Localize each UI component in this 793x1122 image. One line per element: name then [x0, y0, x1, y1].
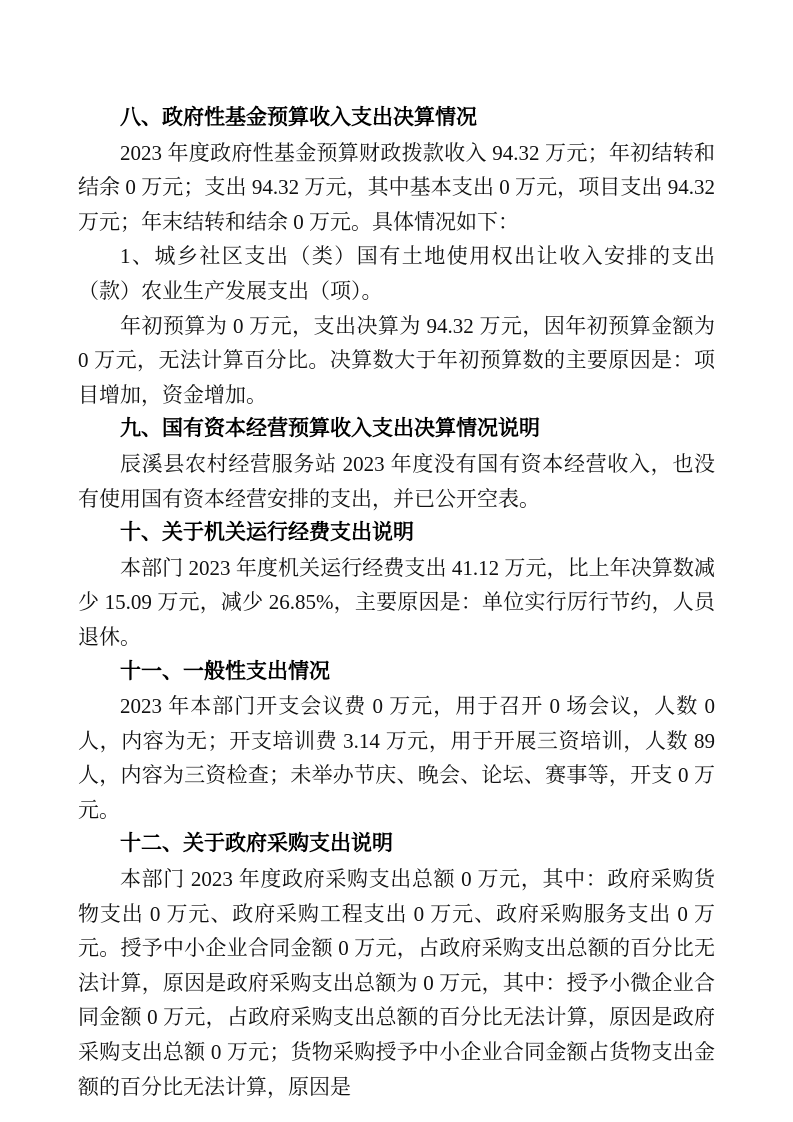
document-section: 八、政府性基金预算收入支出决算情况 2023 年度政府性基金预算财政拨款收入 9…	[78, 101, 715, 412]
section-heading: 十、关于机关运行经费支出说明	[78, 516, 715, 551]
paragraph: 辰溪县农村经营服务站 2023 年度没有国有资本经营收入，也没有使用国有资本经营…	[78, 447, 715, 516]
paragraph: 本部门 2023 年度机关运行经费支出 41.12 万元，比上年决算数减少 15…	[78, 551, 715, 655]
section-heading: 十一、一般性支出情况	[78, 655, 715, 690]
section-heading: 十二、关于政府采购支出说明	[78, 827, 715, 862]
paragraph: 本部门 2023 年度政府采购支出总额 0 万元，其中：政府采购货物支出 0 万…	[78, 862, 715, 1104]
paragraph: 2023 年度政府性基金预算财政拨款收入 94.32 万元；年初结转和结余 0 …	[78, 136, 715, 240]
document-section: 十、关于机关运行经费支出说明 本部门 2023 年度机关运行经费支出 41.12…	[78, 516, 715, 654]
section-heading: 九、国有资本经营预算收入支出决算情况说明	[78, 412, 715, 447]
document-section: 十二、关于政府采购支出说明 本部门 2023 年度政府采购支出总额 0 万元，其…	[78, 827, 715, 1104]
document-section: 十一、一般性支出情况 2023 年本部门开支会议费 0 万元，用于召开 0 场会…	[78, 655, 715, 828]
document-content: 八、政府性基金预算收入支出决算情况 2023 年度政府性基金预算财政拨款收入 9…	[0, 0, 793, 1104]
document-section: 九、国有资本经营预算收入支出决算情况说明 辰溪县农村经营服务站 2023 年度没…	[78, 412, 715, 516]
paragraph: 2023 年本部门开支会议费 0 万元，用于召开 0 场会议，人数 0 人，内容…	[78, 689, 715, 827]
document-page: 八、政府性基金预算收入支出决算情况 2023 年度政府性基金预算财政拨款收入 9…	[0, 0, 793, 1122]
paragraph: 1、城乡社区支出（类）国有土地使用权出让收入安排的支出（款）农业生产发展支出（项…	[78, 239, 715, 308]
section-heading: 八、政府性基金预算收入支出决算情况	[78, 101, 715, 136]
paragraph: 年初预算为 0 万元，支出决算为 94.32 万元，因年初预算金额为 0 万元，…	[78, 309, 715, 413]
